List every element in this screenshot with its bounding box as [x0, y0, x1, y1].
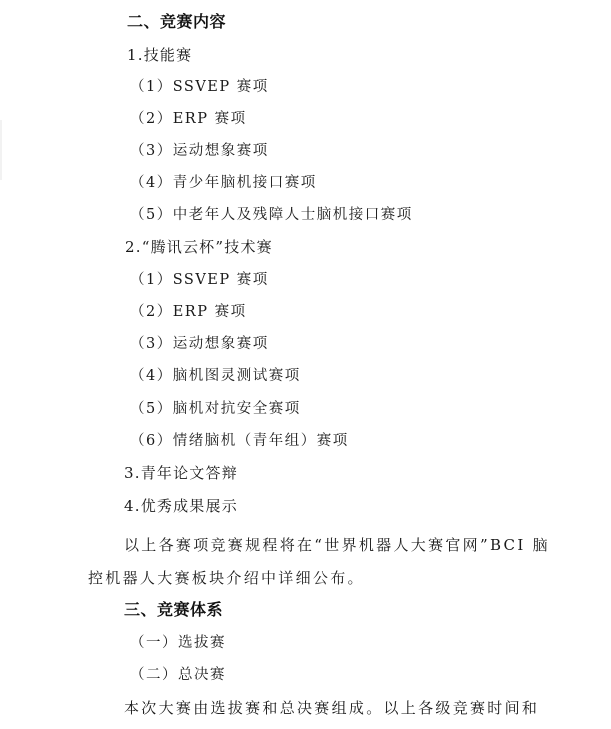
list-item: （1）SSVEP 赛项 [130, 77, 269, 97]
list-item: （二）总决赛 [130, 665, 226, 685]
paragraph-line: 控机器人大赛板块介绍中详细公布。 [88, 568, 365, 588]
list-item: （3）运动想象赛项 [130, 334, 269, 354]
list-item: （6）情绪脑机（青年组）赛项 [130, 431, 349, 451]
list-item: （2）ERP 赛项 [130, 109, 247, 129]
list-item: （5）脑机对抗安全赛项 [130, 399, 301, 419]
paragraph-line: 本次大赛由选拔赛和总决赛组成。以上各级竞赛时间和 [124, 698, 539, 718]
list-item: （2）ERP 赛项 [130, 302, 247, 322]
list-item: （一）选拔赛 [130, 633, 226, 653]
list-item: （3）运动想象赛项 [130, 141, 269, 161]
page-edge-shadow [0, 120, 2, 180]
document-page: 二、竞赛内容 1.技能赛 （1）SSVEP 赛项 （2）ERP 赛项 （3）运动… [0, 0, 611, 729]
subsection-tencent-cloud-cup: 2.“腾讯云杯”技术赛 [125, 237, 273, 257]
list-item: （1）SSVEP 赛项 [130, 270, 269, 290]
subsection-youth-paper-defense: 3.青年论文答辩 [124, 463, 238, 483]
list-item: （4）脑机图灵测试赛项 [130, 366, 301, 386]
list-item: （5）中老年人及残障人士脑机接口赛项 [130, 205, 413, 225]
subsection-skills-competition: 1.技能赛 [127, 45, 192, 65]
paragraph-line: 以上各赛项竞赛规程将在“世界机器人大赛官网”BCI 脑 [124, 535, 550, 555]
section-heading-competition-content: 二、竞赛内容 [127, 12, 226, 32]
list-item: （4）青少年脑机接口赛项 [130, 173, 317, 193]
subsection-outstanding-results: 4.优秀成果展示 [124, 496, 238, 516]
section-heading-competition-system: 三、竞赛体系 [124, 600, 223, 620]
